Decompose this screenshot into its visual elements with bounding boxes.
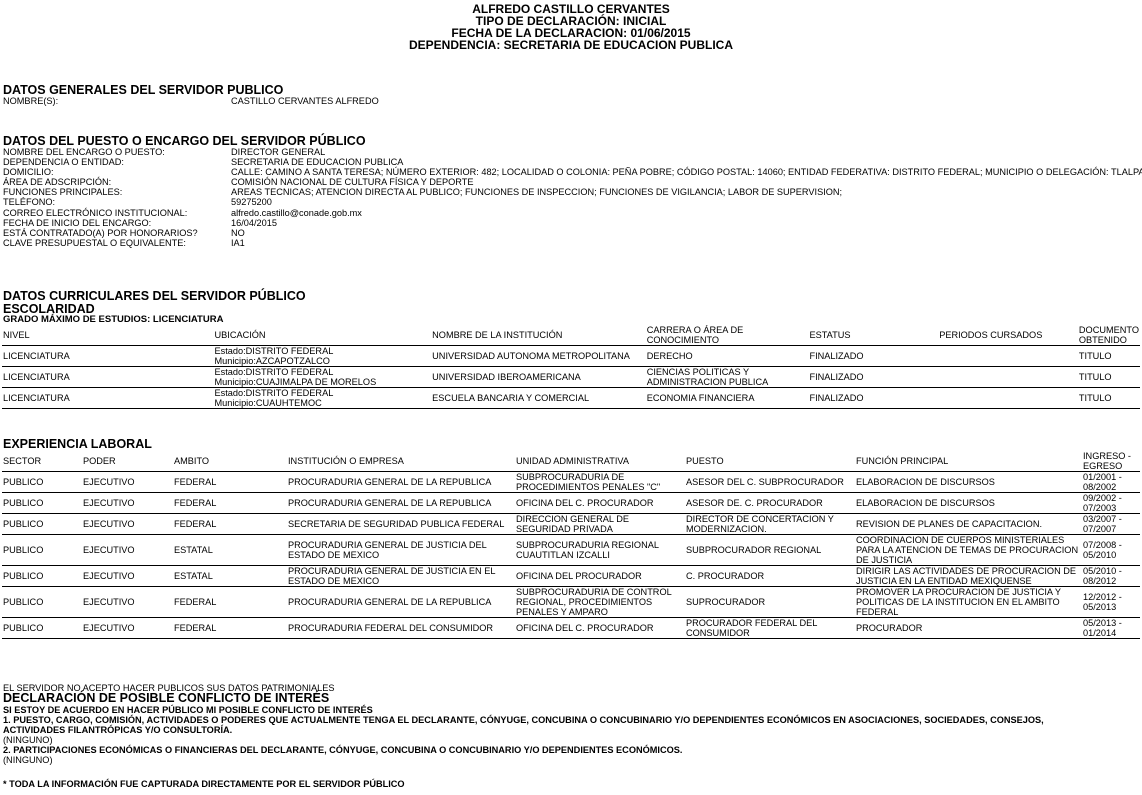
column-header: UNIDAD ADMINISTRATIVA	[515, 451, 685, 472]
table-cell: SUPROCURADOR	[685, 587, 855, 618]
section-title-conflicto: DECLARACIÓN DE POSIBLE CONFLICTO DE INTE…	[3, 692, 329, 705]
field-label: TELÉFONO:	[3, 197, 231, 207]
table-row: PUBLICOEJECUTIVOFEDERALPROCURADURIA GENE…	[2, 587, 1140, 618]
table-header-row: SECTORPODERAMBITOINSTITUCIÓN O EMPRESAUN…	[2, 451, 1140, 472]
field-label: FECHA DE INICIO DEL ENCARGO:	[3, 218, 231, 228]
table-cell: PUBLICO	[2, 493, 82, 514]
table-cell: FEDERAL	[173, 493, 287, 514]
table-cell: PUBLICO	[2, 618, 82, 639]
question-2: 2. PARTICIPACIONES ECONÓMICAS O FINANCIE…	[3, 745, 1103, 755]
question-1: 1. PUESTO, CARGO, COMISIÓN, ACTIVIDADES …	[3, 715, 1103, 735]
field-label: NOMBRE DEL ENCARGO O PUESTO:	[3, 147, 231, 157]
table-cell: FEDERAL	[173, 472, 287, 493]
table-cell: FEDERAL	[173, 618, 287, 639]
field-value: NO	[231, 228, 245, 238]
field-label: DEPENDENCIA O ENTIDAD:	[3, 157, 231, 167]
column-header: AMBITO	[173, 451, 287, 472]
table-cell: COORDINACION DE CUERPOS MINISTERIALES PA…	[855, 535, 1082, 566]
table-cell: PROCURADURIA GENERAL DE JUSTICIA EN EL E…	[287, 566, 515, 587]
escolaridad-table: NIVELUBICACIÓNNOMBRE DE LA INSTITUCIÓNCA…	[2, 325, 1140, 409]
field-row: FECHA DE INICIO DEL ENCARGO:16/04/2015	[3, 218, 1142, 228]
table-cell: ESCUELA BANCARIA Y COMERCIAL	[431, 388, 646, 409]
table-cell: EJECUTIVO	[82, 566, 173, 587]
table-cell	[938, 346, 1078, 367]
table-row: LICENCIATURAEstado:DISTRITO FEDERAL Muni…	[2, 346, 1140, 367]
datos-generales-fields: NOMBRE(S): CASTILLO CERVANTES ALFREDO	[3, 96, 379, 106]
table-cell: ELABORACION DE DISCURSOS	[855, 472, 1082, 493]
field-value: CASTILLO CERVANTES ALFREDO	[231, 96, 379, 106]
table-cell: SUBPROCURADOR REGIONAL	[685, 535, 855, 566]
table-cell: EJECUTIVO	[82, 472, 173, 493]
column-header: SECTOR	[2, 451, 82, 472]
field-label: NOMBRE(S):	[3, 96, 231, 106]
table-cell: FINALIZADO	[808, 367, 938, 388]
datos-puesto-fields: NOMBRE DEL ENCARGO O PUESTO:DIRECTOR GEN…	[3, 147, 1142, 248]
field-value: alfredo.castillo@conade.gob.mx	[231, 208, 362, 218]
table-cell: PUBLICO	[2, 535, 82, 566]
table-cell: SECRETARIA DE SEGURIDAD PUBLICA FEDERAL	[287, 514, 515, 535]
field-value: DIRECTOR GENERAL	[231, 147, 325, 157]
table-cell: 03/2007 - 07/2007	[1082, 514, 1140, 535]
field-row: NOMBRE(S): CASTILLO CERVANTES ALFREDO	[3, 96, 379, 106]
field-row: FUNCIONES PRINCIPALES:AREAS TECNICAS; AT…	[3, 187, 1142, 197]
table-cell: 05/2010 - 08/2012	[1082, 566, 1140, 587]
table-cell: C. PROCURADOR	[685, 566, 855, 587]
field-row: DOMICILIO:CALLE: CAMINO A SANTA TERESA; …	[3, 167, 1142, 177]
table-cell: Estado:DISTRITO FEDERAL Municipio:AZCAPO…	[214, 346, 432, 367]
field-label: FUNCIONES PRINCIPALES:	[3, 187, 231, 197]
column-header: ESTATUS	[808, 325, 938, 346]
capture-note: * TODA LA INFORMACIÓN FUE CAPTURADA DIRE…	[3, 779, 405, 789]
table-cell: EJECUTIVO	[82, 587, 173, 618]
table-cell: SUBPROCURADURIA DE CONTROL REGIONAL, PRO…	[515, 587, 685, 618]
table-cell: OFICINA DEL C. PROCURADOR	[515, 493, 685, 514]
field-label: ÁREA DE ADSCRIPCIÓN:	[3, 177, 231, 187]
declaration-dependency: DEPENDENCIA: SECRETARIA DE EDUCACION PUB…	[0, 39, 1142, 51]
column-header: UBICACIÓN	[214, 325, 432, 346]
field-row: CLAVE PRESUPUESTAL O EQUIVALENTE:IA1	[3, 238, 1142, 248]
table-cell: LICENCIATURA	[2, 388, 214, 409]
column-header: FUNCIÓN PRINCIPAL	[855, 451, 1082, 472]
column-header: PODER	[82, 451, 173, 472]
column-header: NIVEL	[2, 325, 214, 346]
column-header: INGRESO - EGRESO	[1082, 451, 1140, 472]
table-cell: EJECUTIVO	[82, 514, 173, 535]
table-cell: PROCURADURIA FEDERAL DEL CONSUMIDOR	[287, 618, 515, 639]
table-cell: LICENCIATURA	[2, 367, 214, 388]
table-cell: 09/2002 - 07/2003	[1082, 493, 1140, 514]
table-cell: LICENCIATURA	[2, 346, 214, 367]
field-value: CALLE: CAMINO A SANTA TERESA; NÚMERO EXT…	[231, 167, 1142, 177]
field-row: CORREO ELECTRÓNICO INSTITUCIONAL:alfredo…	[3, 208, 1142, 218]
table-cell: PROCURADURIA GENERAL DE JUSTICIA DEL EST…	[287, 535, 515, 566]
table-cell: PUBLICO	[2, 472, 82, 493]
field-value: AREAS TECNICAS; ATENCION DIRECTA AL PUBL…	[231, 187, 842, 197]
field-label: CORREO ELECTRÓNICO INSTITUCIONAL:	[3, 208, 231, 218]
table-cell: PUBLICO	[2, 566, 82, 587]
answer-2: (NINGUNO)	[3, 755, 1103, 765]
table-cell: PROCURADOR FEDERAL DEL CONSUMIDOR	[685, 618, 855, 639]
answer-1: (NINGUNO)	[3, 735, 1103, 745]
grado-maximo: GRADO MÁXIMO DE ESTUDIOS: LICENCIATURA	[3, 315, 223, 325]
table-cell: SUBPROCURADURIA DE PROCEDIMIENTOS PENALE…	[515, 472, 685, 493]
conflicto-block: SI ESTOY DE ACUERDO EN HACER PÚBLICO MI …	[3, 705, 1103, 765]
table-cell: SUBPROCURADURIA REGIONAL CUAUTITLAN IZCA…	[515, 535, 685, 566]
table-cell: OFICINA DEL C. PROCURADOR	[515, 618, 685, 639]
table-cell: ASESOR DEL C. SUBPROCURADOR	[685, 472, 855, 493]
table-cell: ESTATAL	[173, 535, 287, 566]
field-label: DOMICILIO:	[3, 167, 231, 177]
table-cell: 12/2012 - 05/2013	[1082, 587, 1140, 618]
table-cell: PROCURADURIA GENERAL DE LA REPUBLICA	[287, 587, 515, 618]
field-value: 16/04/2015	[231, 218, 277, 228]
document-header: ALFREDO CASTILLO CERVANTES TIPO DE DECLA…	[0, 3, 1142, 51]
table-cell: TITULO	[1078, 367, 1140, 388]
table-row: LICENCIATURAEstado:DISTRITO FEDERAL Muni…	[2, 367, 1140, 388]
table-cell: ESTATAL	[173, 566, 287, 587]
section-title-experiencia: EXPERIENCIA LABORAL	[3, 438, 152, 451]
field-value: COMISIÓN NACIONAL DE CULTURA FÍSICA Y DE…	[231, 177, 474, 187]
table-row: PUBLICOEJECUTIVOESTATALPROCURADURIA GENE…	[2, 535, 1140, 566]
table-cell: PROCURADURIA GENERAL DE LA REPUBLICA	[287, 472, 515, 493]
table-cell: ELABORACION DE DISCURSOS	[855, 493, 1082, 514]
table-cell: 07/2008 - 05/2010	[1082, 535, 1140, 566]
table-cell: PROMOVER LA PROCURACION DE JUSTICIA Y PO…	[855, 587, 1082, 618]
acuerdo-text: SI ESTOY DE ACUERDO EN HACER PÚBLICO MI …	[3, 705, 1103, 715]
table-cell: PROCURADURIA GENERAL DE LA REPUBLICA	[287, 493, 515, 514]
table-cell: PUBLICO	[2, 587, 82, 618]
table-cell: 01/2001 - 08/2002	[1082, 472, 1140, 493]
field-value: 59275200	[231, 197, 272, 207]
table-cell: FEDERAL	[173, 587, 287, 618]
table-cell: FINALIZADO	[808, 388, 938, 409]
column-header: CARRERA O ÁREA DE CONOCIMIENTO	[646, 325, 809, 346]
table-cell: DERECHO	[646, 346, 809, 367]
table-cell: 05/2013 - 01/2014	[1082, 618, 1140, 639]
table-row: PUBLICOEJECUTIVOESTATALPROCURADURIA GENE…	[2, 566, 1140, 587]
column-header: PUESTO	[685, 451, 855, 472]
experiencia-table: SECTORPODERAMBITOINSTITUCIÓN O EMPRESAUN…	[2, 451, 1140, 639]
column-header: INSTITUCIÓN O EMPRESA	[287, 451, 515, 472]
table-cell: DIRECTOR DE CONCERTACION Y MODERNIZACION…	[685, 514, 855, 535]
table-cell	[938, 367, 1078, 388]
table-cell: ASESOR DE. C. PROCURADOR	[685, 493, 855, 514]
table-cell: TITULO	[1078, 388, 1140, 409]
table-row: PUBLICOEJECUTIVOFEDERALPROCURADURIA FEDE…	[2, 618, 1140, 639]
table-header-row: NIVELUBICACIÓNNOMBRE DE LA INSTITUCIÓNCA…	[2, 325, 1140, 346]
table-cell: REVISION DE PLANES DE CAPACITACION.	[855, 514, 1082, 535]
table-cell: OFICINA DEL PROCURADOR	[515, 566, 685, 587]
field-row: TELÉFONO:59275200	[3, 197, 1142, 207]
table-cell: UNIVERSIDAD AUTONOMA METROPOLITANA	[431, 346, 646, 367]
table-cell: FEDERAL	[173, 514, 287, 535]
table-cell: Estado:DISTRITO FEDERAL Municipio:CUAJIM…	[214, 367, 432, 388]
field-label: ESTÁ CONTRATADO(A) POR HONORARIOS?	[3, 228, 231, 238]
table-cell: PROCURADOR	[855, 618, 1082, 639]
table-cell: UNIVERSIDAD IBEROAMERICANA	[431, 367, 646, 388]
column-header: PERIODOS CURSADOS	[938, 325, 1078, 346]
table-row: PUBLICOEJECUTIVOFEDERALPROCURADURIA GENE…	[2, 493, 1140, 514]
table-cell: PUBLICO	[2, 514, 82, 535]
table-cell: Estado:DISTRITO FEDERAL Municipio:CUAUHT…	[214, 388, 432, 409]
field-row: DEPENDENCIA O ENTIDAD:SECRETARIA DE EDUC…	[3, 157, 1142, 167]
field-value: IA1	[231, 238, 245, 248]
table-cell: EJECUTIVO	[82, 493, 173, 514]
column-header: NOMBRE DE LA INSTITUCIÓN	[431, 325, 646, 346]
table-cell	[938, 388, 1078, 409]
field-row: ESTÁ CONTRATADO(A) POR HONORARIOS?NO	[3, 228, 1142, 238]
field-row: NOMBRE DEL ENCARGO O PUESTO:DIRECTOR GEN…	[3, 147, 1142, 157]
table-cell: CIENCIAS POLITICAS Y ADMINISTRACION PUBL…	[646, 367, 809, 388]
table-row: PUBLICOEJECUTIVOFEDERALPROCURADURIA GENE…	[2, 472, 1140, 493]
table-cell: TITULO	[1078, 346, 1140, 367]
table-cell: DIRECCION GENERAL DE SEGURIDAD PRIVADA	[515, 514, 685, 535]
field-value: SECRETARIA DE EDUCACION PUBLICA	[231, 157, 403, 167]
table-cell: ECONOMIA FINANCIERA	[646, 388, 809, 409]
column-header: DOCUMENTO OBTENIDO	[1078, 325, 1140, 346]
table-cell: DIRIGIR LAS ACTIVIDADES DE PROCURACION D…	[855, 566, 1082, 587]
table-row: PUBLICOEJECUTIVOFEDERALSECRETARIA DE SEG…	[2, 514, 1140, 535]
table-row: LICENCIATURAEstado:DISTRITO FEDERAL Muni…	[2, 388, 1140, 409]
table-cell: EJECUTIVO	[82, 618, 173, 639]
field-label: CLAVE PRESUPUESTAL O EQUIVALENTE:	[3, 238, 231, 248]
table-cell: FINALIZADO	[808, 346, 938, 367]
field-row: ÁREA DE ADSCRIPCIÓN:COMISIÓN NACIONAL DE…	[3, 177, 1142, 187]
table-cell: EJECUTIVO	[82, 535, 173, 566]
